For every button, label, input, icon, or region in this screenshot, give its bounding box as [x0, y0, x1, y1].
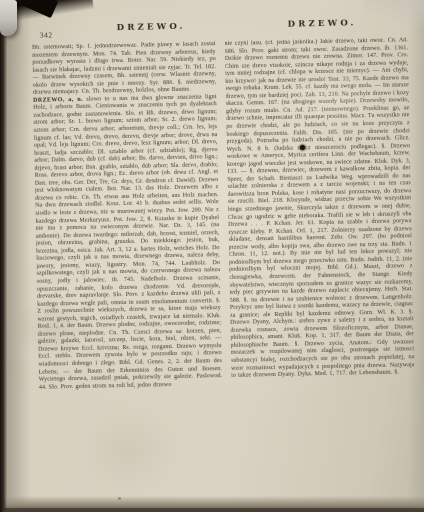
page-number: 342 [40, 30, 53, 39]
page-content: 342 DRZEWO. DRZEWO. Bh. sstemowati; Sp. … [32, 17, 417, 482]
scanner-clamp [0, 0, 17, 36]
left-column: Bh. sstemowati; Sp. 1. jednodrzewowac. P… [32, 41, 224, 483]
page-corner-top-right [364, 0, 424, 26]
drzewo-entry-text: slowo to u nas ma dwa glowne znaczenia l… [33, 94, 222, 390]
page-edge-right [408, 0, 424, 512]
paragraph-right-column: nie czyni lasu. (cf. jedna jaskolka.) Ja… [224, 37, 414, 380]
ink-blot [300, 145, 305, 150]
book-spine-edge [0, 0, 7, 512]
paragraph-drzewo-entry: DRZEWO, a, n. slowo to u nas ma dwa glow… [33, 94, 222, 392]
paragraph-entry-continuation: Bh. sstemowati; Sp. 1. jednodrzewowac. P… [32, 41, 217, 98]
running-heads: 342 DRZEWO. DRZEWO. [32, 17, 408, 38]
headword-drzewo: DRZEWO, a, n. [33, 97, 83, 104]
right-column: nie czyni lasu. (cf. jedna jaskolka.) Ja… [224, 37, 416, 479]
gutter-shadow [5, 0, 31, 512]
page-edge-bottom-shadow [0, 508, 424, 512]
text-columns: Bh. sstemowati; Sp. 1. jednodrzewowac. P… [32, 37, 417, 482]
running-head-right: DRZEWO. [288, 18, 357, 29]
scanned-book-page: 342 DRZEWO. DRZEWO. Bh. sstemowati; Sp. … [0, 0, 424, 512]
running-head-left: DRZEWO. [117, 22, 186, 33]
